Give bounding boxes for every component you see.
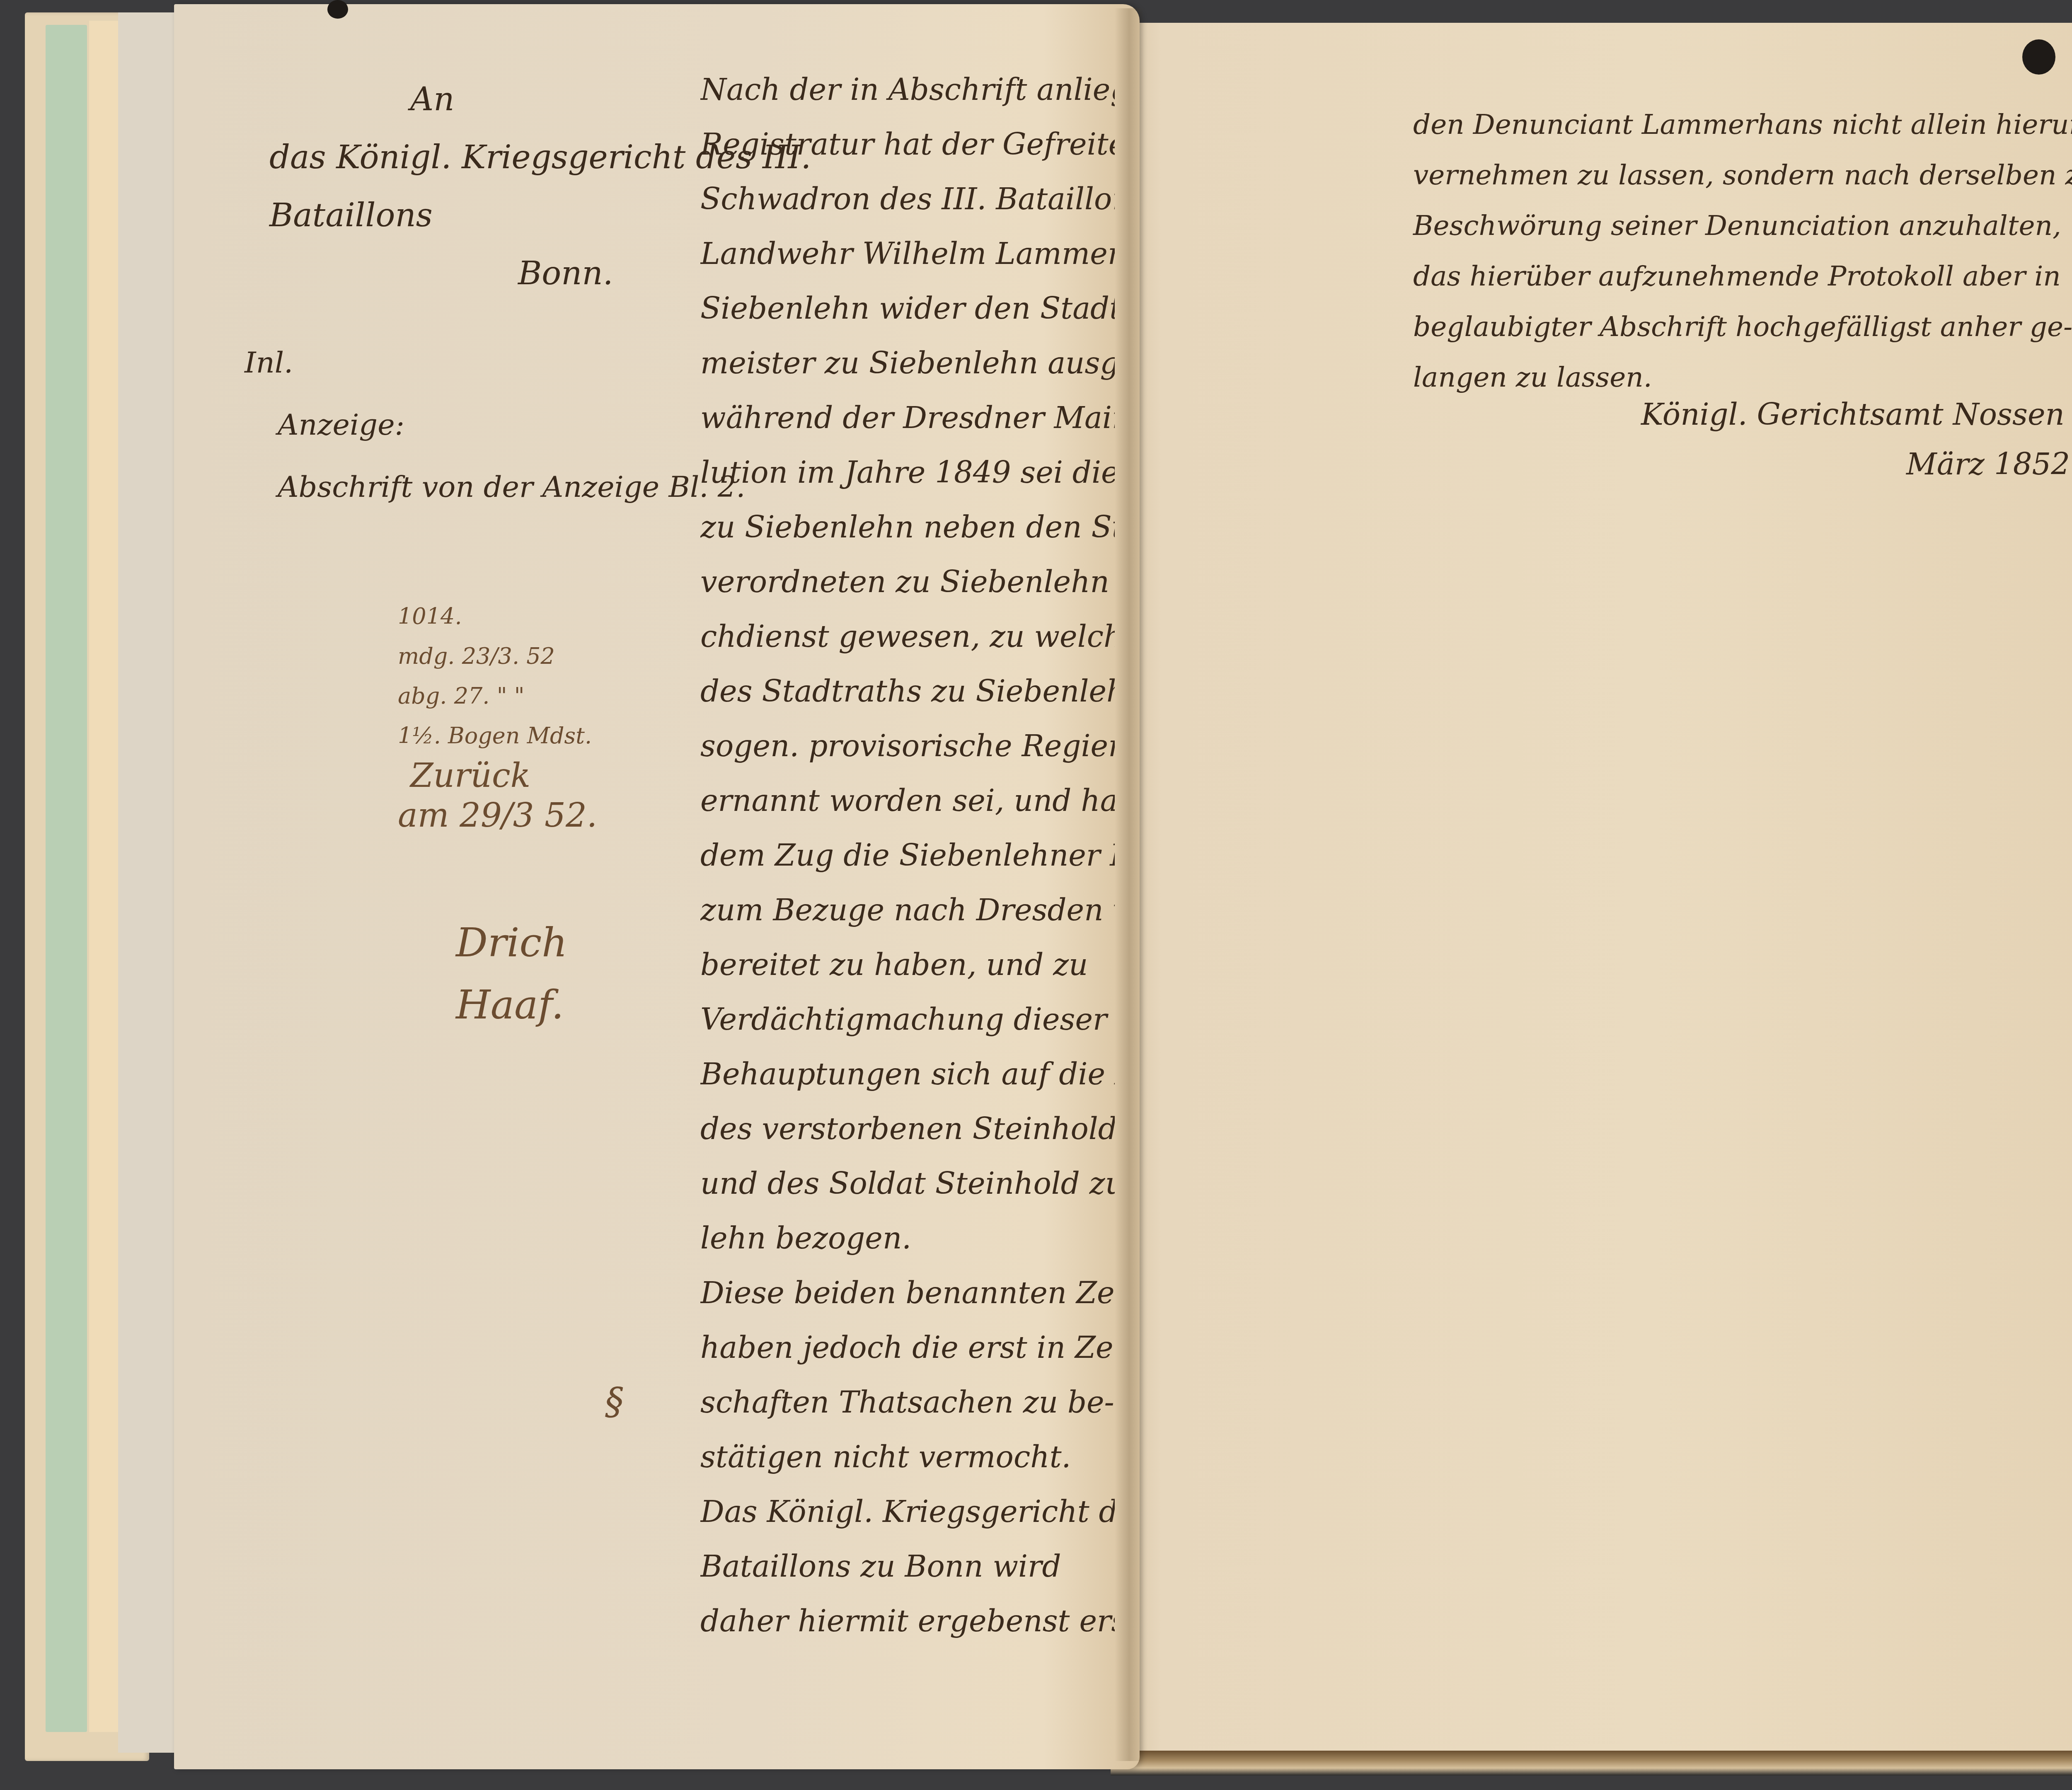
signature: Haaf. (456, 974, 567, 1036)
closing-dateline: Königl. Gerichtsamt Nossen den 20. März … (1641, 389, 2072, 489)
body-line: Schwadron des III. Bataillons (700, 172, 1115, 226)
registry-note: abg. 27. " " (398, 676, 597, 716)
body-line: verordneten zu Siebenlehn im Wa- (700, 554, 1115, 609)
body-line: dem Zug die Siebenlehner Bürger (700, 828, 1115, 883)
body-line: lehn bezogen. (700, 1211, 1115, 1265)
body-line: Diese beiden benannten Zeugen (700, 1265, 1115, 1320)
body-line: den Denunciant Lammerhans nicht allein h… (1413, 99, 2072, 150)
body-line: Registratur hat der Gefreite der (700, 117, 1115, 172)
body-line: lution im Jahre 1849 sei dieser (700, 445, 1115, 500)
body-line: vernehmen zu lassen, sondern nach dersel… (1413, 150, 2072, 201)
enclosure-block: Inl. Anzeige: Abschrift von der Anzeige … (244, 331, 746, 518)
body-line: Verdächtigmachung dieser seiner (700, 992, 1115, 1047)
cream-endpaper-strip (89, 21, 118, 1732)
body-line: Behauptungen sich auf die Zeugen (700, 1047, 1115, 1101)
green-endpaper-strip (46, 25, 87, 1732)
body-line: ernannt worden sei, und habe (700, 773, 1115, 828)
registry-note: 1014. (398, 597, 597, 636)
continuation-body: den Denunciant Lammerhans nicht allein h… (1413, 99, 2072, 403)
margin-mark: § (605, 1380, 624, 1423)
book-gutter (1115, 8, 1144, 1761)
body-line: Beschwörung seiner Denunciation anzuhalt… (1413, 201, 2072, 251)
body-line: Landwehr Wilhelm Lammerhans zu (700, 226, 1115, 281)
body-line: Nach der in Abschrift anliegenden (700, 62, 1115, 117)
body-line: haben jedoch die erst in Zeugen- (700, 1320, 1115, 1375)
bottom-page-edges (1111, 1751, 2072, 1775)
closing-date: März 1852. (1641, 439, 2072, 489)
body-line: schaften Thatsachen zu be- (700, 1375, 1115, 1430)
body-line: das hierüber aufzunehmende Protokoll abe… (1413, 251, 2072, 302)
ink-blot-top-left (327, 0, 348, 19)
registry-note: Zurück (398, 756, 597, 796)
signature: Drich (456, 912, 567, 974)
body-line: während der Dresdner Mairevo- (700, 390, 1115, 445)
registry-note: 1½. Bogen Mdst. (398, 716, 597, 756)
body-line: Bataillons zu Bonn wird (700, 1539, 1115, 1594)
body-line: Das Königl. Kriegsgericht des III. (700, 1484, 1115, 1539)
body-line: bereitet zu haben, und zu (700, 937, 1115, 992)
body-line: daher hiermit ergebenst ersucht: (700, 1594, 1115, 1648)
body-line: meister zu Siebenlehn ausgesagt, (700, 336, 1115, 390)
registry-note: mdg. 23/3. 52 (398, 636, 597, 676)
body-line: stätigen nicht vermocht. (700, 1430, 1115, 1484)
body-line: zu Siebenlehn neben den Stadt- (700, 500, 1115, 554)
ink-blot-top-right (2022, 39, 2055, 75)
main-letter-body: Nach der in Abschrift anliegenden Regist… (700, 62, 1115, 1648)
body-line: des verstorbenen Steinhold bzw. (700, 1101, 1115, 1156)
body-line: chdienst gewesen, zu welchem bei (700, 609, 1115, 664)
enclosure-line: Anzeige: (244, 394, 746, 456)
body-line: des Stadtraths zu Siebenlehn die (700, 664, 1115, 718)
closing-place: Königl. Gerichtsamt Nossen den 20. (1641, 389, 2072, 439)
body-line: zum Bezuge nach Dresden vor- (700, 883, 1115, 937)
registry-note: am 29/3 52. (398, 796, 597, 835)
body-line: Siebenlehn wider den Stadtwacht- (700, 281, 1115, 336)
grey-page-stack (118, 12, 180, 1753)
enclosure-line: Inl. (244, 331, 746, 394)
enclosure-line: Abschrift von der Anzeige Bl. 2. (244, 456, 746, 518)
body-line: und des Soldat Steinhold zu Sieben- (700, 1156, 1115, 1211)
signatures: Drich Haaf. (456, 912, 567, 1036)
registry-notes: 1014. mdg. 23/3. 52 abg. 27. " " 1½. Bog… (398, 597, 597, 835)
body-line: sogen. provisorische Regierung (700, 718, 1115, 773)
body-line: beglaubigter Abschrift hochgefälligst an… (1413, 302, 2072, 352)
